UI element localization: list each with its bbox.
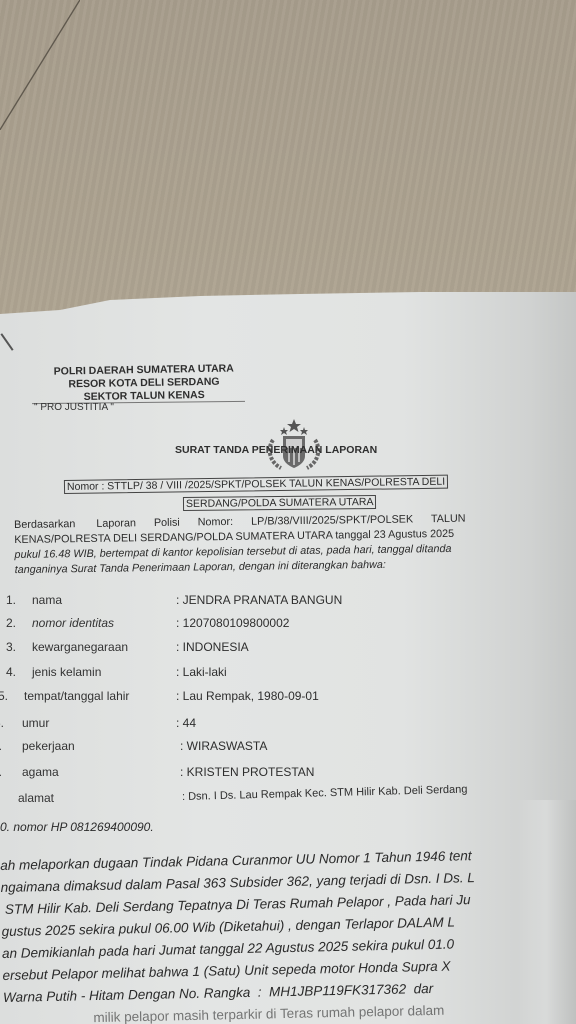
field-row: 2.nomor identitas: 1207080109800002 bbox=[0, 616, 576, 636]
intro-paragraph: Berdasarkan Laporan Polisi Nomor: LP/B/3… bbox=[14, 510, 571, 578]
pro-justitia: " PRO JUSTITIA " bbox=[34, 402, 114, 413]
field-row: 8.agama: KRISTEN PROTESTAN bbox=[0, 765, 576, 785]
field-label: alamat bbox=[18, 791, 54, 805]
field-label: nama bbox=[32, 593, 62, 607]
field-row: 5.tempat/tanggal lahir: Lau Rempak, 1980… bbox=[0, 689, 576, 709]
field-number: 4. bbox=[6, 665, 16, 679]
field-label: jenis kelamin bbox=[32, 665, 101, 679]
field-value: : Lau Rempak, 1980-09-01 bbox=[176, 689, 319, 703]
field-row: 4.jenis kelamin: Laki-laki bbox=[0, 665, 576, 685]
field-value: : Dsn. I Ds. Lau Rempak Kec. STM Hilir K… bbox=[182, 784, 468, 803]
field-value: : WIRASWASTA bbox=[180, 739, 267, 753]
field-row: 6.umur: 44 bbox=[0, 716, 576, 736]
field-value: : Laki-laki bbox=[176, 665, 227, 679]
field-number: 6. bbox=[0, 716, 4, 730]
document-title: SURAT TANDA PENERIMAAN LAPORAN bbox=[175, 444, 377, 456]
field-label: agama bbox=[22, 765, 59, 779]
agency-header: POLRI DAERAH SUMATERA UTARA RESOR KOTA D… bbox=[44, 362, 245, 404]
field-label: tempat/tanggal lahir bbox=[24, 689, 129, 703]
field-value: : JENDRA PRANATA BANGUN bbox=[176, 593, 342, 607]
phone-number: 0. nomor HP 081269400090. bbox=[0, 820, 154, 834]
field-row: 1.nama: JENDRA PRANATA BANGUN bbox=[0, 593, 576, 613]
field-row: 7.pekerjaan: WIRASWASTA bbox=[0, 739, 576, 759]
field-label: pekerjaan bbox=[22, 739, 75, 753]
field-number: 2. bbox=[6, 616, 16, 630]
field-row: 3.kewarganegaraan: INDONESIA bbox=[0, 640, 576, 660]
field-row: 9.alamat: Dsn. I Ds. Lau Rempak Kec. STM… bbox=[0, 791, 576, 811]
field-number: 7. bbox=[0, 739, 2, 753]
report-body-text: ah melaporkan dugaan Tindak Pidana Curan… bbox=[0, 842, 576, 1024]
field-number: 5. bbox=[0, 689, 8, 703]
field-number: 3. bbox=[6, 640, 16, 654]
field-label: kewarganegaraan bbox=[32, 640, 128, 654]
document-number-line-2: SERDANG/POLDA SUMATERA UTARA bbox=[183, 495, 377, 511]
field-label: umur bbox=[22, 716, 49, 730]
police-report-receipt: POLRI DAERAH SUMATERA UTARA RESOR KOTA D… bbox=[0, 0, 576, 1024]
field-label: nomor identitas bbox=[32, 616, 114, 630]
field-value: : INDONESIA bbox=[176, 640, 249, 654]
document-number-line-1: Nomor : STTLP/ 38 / VIII /2025/SPKT/POLS… bbox=[64, 475, 448, 494]
field-number: 8. bbox=[0, 765, 2, 779]
field-value: : 1207080109800002 bbox=[176, 616, 289, 630]
field-value: : 44 bbox=[176, 716, 196, 730]
field-value: : KRISTEN PROTESTAN bbox=[180, 765, 314, 779]
field-number: 1. bbox=[6, 593, 16, 607]
